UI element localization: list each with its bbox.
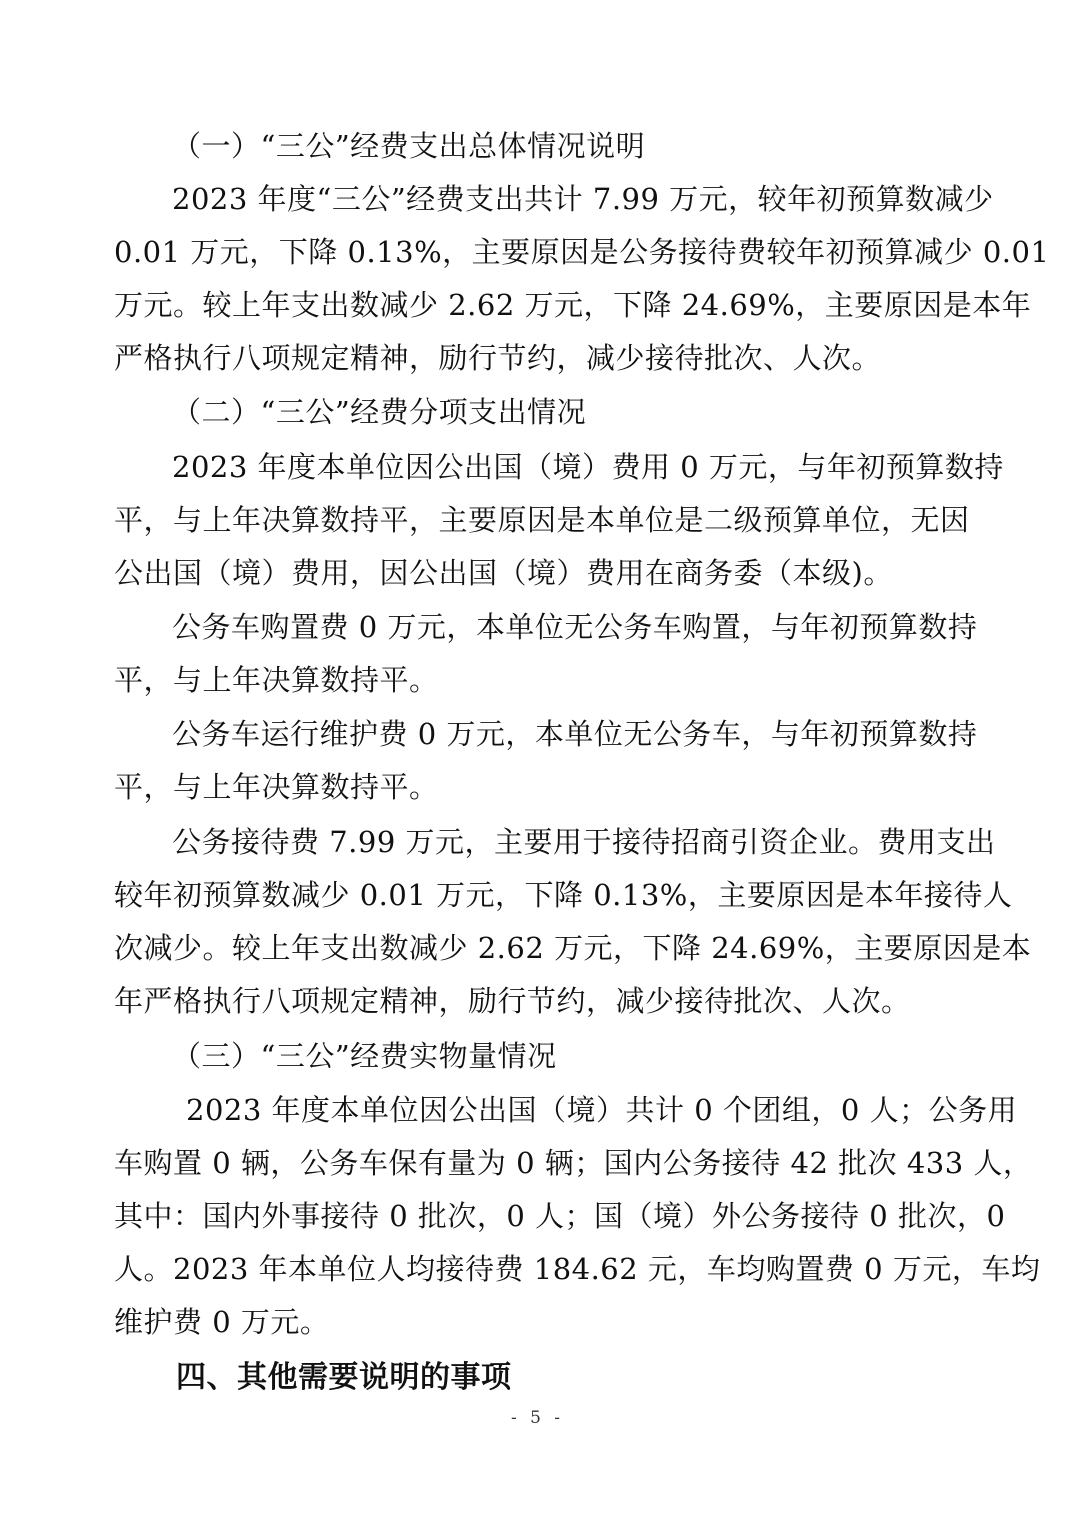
page-number: - 5 - [0, 1408, 1075, 1428]
paragraph-line: 年严格执行八项规定精神，励行节约，减少接待批次、人次。 [114, 981, 911, 1021]
paragraph-line: 0.01 万元，下降 0.13%，主要原因是公务接待费较年初预算减少 0.01 [114, 232, 964, 272]
paragraph-line: 较年初预算数减少 0.01 万元，下降 0.13%，主要原因是本年接待人 [114, 875, 964, 915]
paragraph-line: 2023 年度“三公”经费支出共计 7.99 万元，较年初预算数减少 [172, 179, 964, 219]
paragraph-line: 平，与上年决算数持平。 [114, 767, 439, 807]
paragraph-line: 万元。较上年支出数减少 2.62 万元，下降 24.69%，主要原因是本年 [114, 285, 964, 325]
document-page: （一）“三公”经费支出总体情况说明 2023 年度“三公”经费支出共计 7.99… [0, 0, 1075, 1520]
paragraph-line: 人。2023 年本单位人均接待费 184.62 元，车均购置费 0 万元，车均 [114, 1249, 964, 1289]
paragraph-line: 公务接待费 7.99 万元，主要用于接待招商引资企业。费用支出 [172, 822, 964, 862]
paragraph-line: 次减少。较上年支出数减少 2.62 万元，下降 24.69%，主要原因是本 [114, 928, 964, 968]
paragraph-line: 2023 年度本单位因公出国（境）费用 0 万元，与年初预算数持 [172, 447, 964, 487]
paragraph-line: 平，与上年决算数持平，主要原因是本单位是二级预算单位，无因 [114, 500, 964, 540]
paragraph-line: 其中：国内外事接待 0 批次，0 人；国（境）外公务接待 0 批次，0 [114, 1196, 964, 1236]
paragraph-line: 维护费 0 万元。 [114, 1302, 329, 1342]
paragraph-line: 公出国（境）费用，因公出国（境）费用在商务委（本级)。 [114, 553, 893, 593]
paragraph-line: 平，与上年决算数持平。 [114, 660, 439, 700]
paragraph-line: 2023 年度本单位因公出国（境）共计 0 个团组，0 人；公务用 [186, 1090, 964, 1130]
paragraph-line: 严格执行八项规定精神，励行节约，减少接待批次、人次。 [114, 338, 881, 378]
section-heading-4: 四、其他需要说明的事项 [176, 1358, 512, 1398]
section-heading-3: （三）“三公”经费实物量情况 [172, 1036, 557, 1076]
paragraph-line: 车购置 0 辆，公务车保有量为 0 辆；国内公务接待 42 批次 433 人， [114, 1143, 964, 1183]
paragraph-line: 公务车购置费 0 万元，本单位无公务车购置，与年初预算数持 [172, 607, 964, 647]
section-heading-2: （二）“三公”经费分项支出情况 [172, 392, 586, 432]
paragraph-line: 公务车运行维护费 0 万元，本单位无公务车，与年初预算数持 [172, 714, 964, 754]
section-heading-1: （一）“三公”经费支出总体情况说明 [172, 126, 645, 166]
